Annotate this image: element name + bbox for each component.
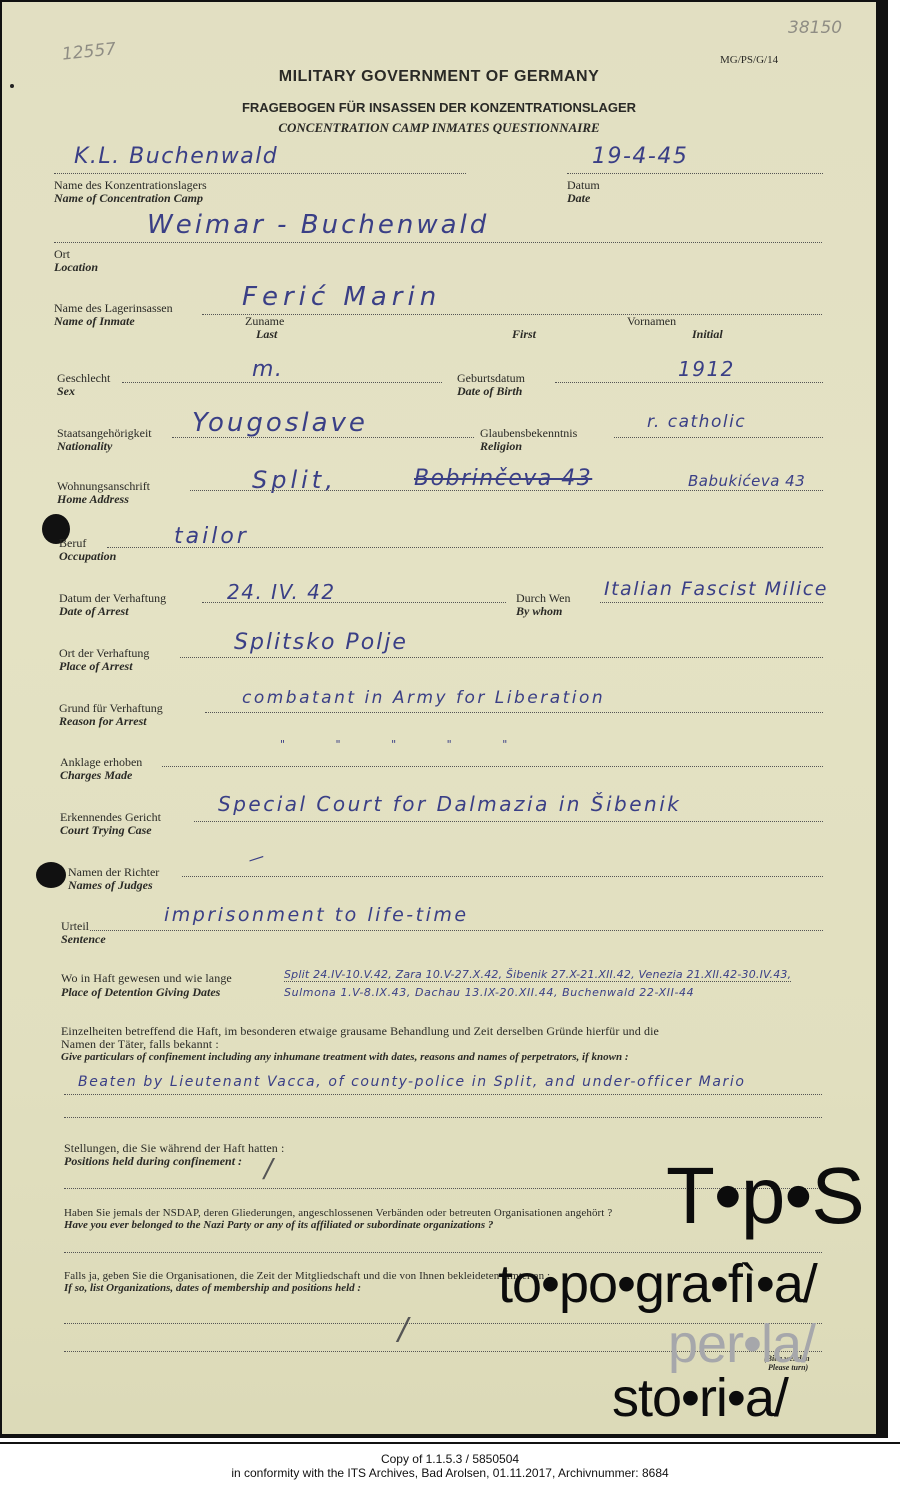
court-line (194, 821, 823, 822)
charges-value: " " " " " (280, 738, 517, 751)
document-subtitle-de: FRAGEBOGEN FÜR INSASSEN DER KONZENTRATIO… (2, 100, 876, 115)
religion-value: r. catholic (647, 412, 746, 432)
camp-value: K.L. Buchenwald (74, 144, 278, 169)
particulars-label-en: Give particulars of confinement includin… (61, 1051, 628, 1064)
judges-line (182, 876, 823, 877)
camp-line (54, 173, 466, 174)
arrest-place-value: Splitsko Polje (234, 630, 408, 655)
judges-label-en: Names of Judges (68, 879, 153, 892)
archive-number-left: 12557 (61, 39, 117, 65)
watermark-logo-tps: T•p•S (666, 1156, 864, 1236)
name-sub-initial: Initial (692, 328, 723, 341)
occupation-label-en: Occupation (59, 550, 116, 563)
by-whom-line (600, 602, 823, 603)
particulars-value: Beaten by Lieutenant Vacca, of county-po… (78, 1074, 746, 1090)
name-sub-first: First (512, 328, 536, 341)
arrest-place-label-en: Place of Arrest (59, 660, 133, 673)
scanned-document: 12557 38150 MG/PS/G/14 MILITARY GOVERNME… (0, 0, 888, 1438)
form-paper: 12557 38150 MG/PS/G/14 MILITARY GOVERNME… (2, 2, 876, 1434)
address-struck-value: Bobrinčeva 43 (414, 466, 592, 491)
orgs-label-en: If so, list Organizations, dates of memb… (64, 1282, 361, 1295)
occupation-value: tailor (174, 524, 249, 549)
sentence-label-en: Sentence (61, 933, 106, 946)
camp-label-en: Name of Concentration Camp (54, 192, 203, 205)
date-label-en: Date (567, 192, 590, 205)
nsdap-line (64, 1252, 822, 1253)
date-line (567, 173, 823, 174)
judges-value: — (245, 846, 268, 869)
arrest-date-value: 24. IV. 42 (227, 580, 336, 604)
address-line (190, 490, 823, 491)
location-label-en: Location (54, 261, 98, 274)
charges-label-en: Charges Made (60, 769, 132, 782)
form-code: MG/PS/G/14 (720, 54, 778, 67)
watermark-storia: sto•ri•a/ (612, 1370, 788, 1426)
nationality-label-en: Nationality (57, 440, 112, 453)
footer-copy-line: Copy of 1.1.5.3 / 5850504 (0, 1452, 900, 1466)
particulars-line-1 (64, 1094, 822, 1095)
footer-conformity-line: in conformity with the ITS Archives, Bad… (0, 1466, 900, 1480)
sentence-value: imprisonment to life-time (164, 904, 469, 926)
arrest-place-line (180, 657, 823, 658)
dob-line (555, 382, 823, 383)
court-value: Special Court for Dalmazia in Šibenik (218, 792, 681, 816)
name-label-en: Name of Inmate (54, 315, 135, 328)
particulars-line-2 (64, 1117, 822, 1118)
nsdap-label-en: Have you ever belonged to the Nazi Party… (64, 1219, 493, 1232)
reason-value: combatant in Army for Liberation (242, 688, 605, 708)
address-label-en: Home Address (57, 493, 129, 506)
detention-value-line1: Split 24.IV-10.V.42, Zara 10.V-27.X.42, … (284, 968, 791, 982)
positions-label-en: Positions held during confinement : (64, 1155, 242, 1168)
inmate-name-value: Ferić Marin (242, 282, 441, 312)
sex-label-en: Sex (57, 385, 75, 398)
sex-value: m. (252, 357, 283, 382)
positions-value: / (264, 1154, 273, 1184)
sentence-line (90, 930, 823, 931)
name-sub-vornamen: Vornamen (627, 315, 676, 328)
religion-line (614, 437, 823, 438)
document-subtitle-en: CONCENTRATION CAMP INMATES QUESTIONNAIRE (2, 120, 876, 136)
nationality-line (172, 437, 474, 438)
detention-label-en: Place of Detention Giving Dates (61, 986, 220, 999)
detention-value-line2: Sulmona 1.V-8.IX.43, Dachau 13.IX-20.XII… (284, 986, 694, 999)
religion-label-en: Religion (480, 440, 522, 453)
watermark-topografia: to•po•gra•fì•a/ (498, 1256, 817, 1312)
punch-hole-lower (36, 862, 66, 888)
reason-label-en: Reason for Arrest (59, 715, 147, 728)
orgs-value: / (398, 1312, 408, 1347)
archive-number-right: 38150 (788, 18, 842, 38)
sex-line (122, 382, 442, 383)
location-line (54, 242, 822, 243)
name-line (202, 314, 822, 315)
detention-label-de: Wo in Haft gewesen und wie lange (61, 972, 232, 985)
reason-line (205, 712, 823, 713)
by-whom-value: Italian Fascist Milice (604, 578, 828, 600)
document-title: MILITARY GOVERNMENT OF GERMANY (2, 68, 876, 86)
nationality-value: Yougoslave (192, 408, 368, 438)
date-value: 19-4-45 (592, 144, 688, 169)
name-sub-last: Last (256, 328, 277, 341)
watermark-per-la: per•la/ (668, 1316, 815, 1372)
arrest-date-label-en: Date of Arrest (59, 605, 129, 618)
dob-value: 1912 (678, 357, 735, 381)
occupation-line (107, 547, 823, 548)
by-whom-label-en: By whom (516, 605, 562, 618)
location-value: Weimar - Buchenwald (147, 210, 489, 240)
court-label-en: Court Trying Case (60, 824, 152, 837)
address-corrected-value: Babukićeva 43 (688, 472, 805, 490)
arrest-date-line (202, 602, 506, 603)
dob-label-en: Date of Birth (457, 385, 522, 398)
particulars-label-de-2: Namen der Täter, falls bekannt : (61, 1038, 219, 1051)
charges-line (162, 766, 823, 767)
footer-divider (0, 1442, 900, 1444)
